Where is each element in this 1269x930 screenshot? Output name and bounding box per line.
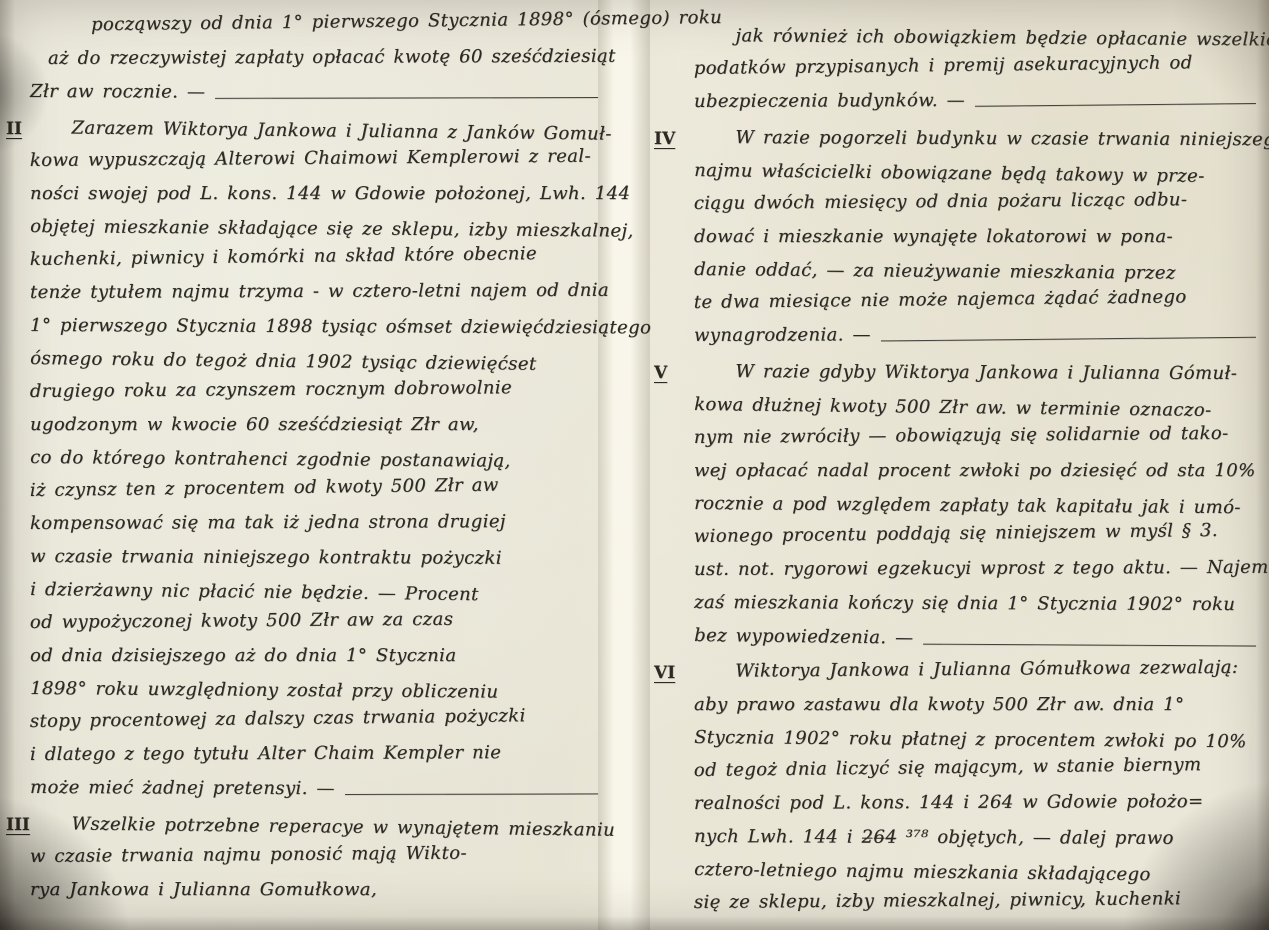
manuscript-line-text: się ze sklepu, izby mieszkalnej, piwnicy… [694,888,1181,913]
manuscript-line-text: od tegoż dnia liczyć się mającym, w stan… [694,754,1202,781]
right-page: jak również ich obowiązkiem będzie opłac… [652,0,1258,930]
manuscript-line-text: kowa wypuszczają Alterowi Chaimowi Kempl… [30,146,591,171]
manuscript-line-text: ust. not. rygorowi egzekucyi wprost z te… [694,557,1269,580]
manuscript-section: IIIWszelkie potrzebne reperacye w wynaję… [14,813,600,912]
manuscript-photo: począwszy od dnia 1° pierwszego Stycznia… [0,0,1269,930]
manuscript-line: począwszy od dnia 1° pierwszego Stycznia… [30,8,600,48]
manuscript-line: od tegoż dnia liczyć się mającym, w stan… [694,754,1258,793]
manuscript-line: wionego procentu poddają się niniejszem … [694,520,1258,559]
manuscript-line-text: iż czynsz ten z procentem od kwoty 500 Z… [30,475,499,501]
manuscript-line-text: w czasie trwania niniejszego kontraktu p… [30,546,502,569]
section-numeral: V [654,363,684,383]
intro-block: począwszy od dnia 1° pierwszego Stycznia… [14,15,600,114]
manuscript-line: Złr aw rocznie. — [30,81,600,116]
manuscript-line: wej opłacać nadal procent zwłoki po dzie… [694,460,1258,493]
manuscript-line-text: wej opłacać nadal procent zwłoki po dzie… [694,460,1256,481]
left-page: począwszy od dnia 1° pierwszego Stycznia… [14,0,600,930]
manuscript-line-text: jak również ich obowiązkiem będzie opłac… [735,25,1269,50]
manuscript-line: rya Jankowa i Julianna Gomułkowa, [30,879,600,912]
manuscript-line: Wiktorya Jankowa i Julianna Gómułkowa ze… [694,657,1258,694]
manuscript-line-text: Wiktorya Jankowa i Julianna Gómułkowa ze… [735,657,1238,682]
manuscript-section: IIZarazem Wiktorya Jankowa i Julianna z … [14,117,600,810]
manuscript-line-text: stopy procentowej za dalszy czas trwania… [30,705,526,732]
manuscript-line: drugiego roku za czynszem rocznym dobrow… [30,377,600,414]
manuscript-line-text: najmu właścicielki obowiązane będą takow… [694,160,1205,187]
manuscript-line: W razie pogorzeli budynku w czasie trwan… [694,127,1258,162]
manuscript-line-text: od wypożyczonej kwoty 500 Złr aw za czas [30,609,454,633]
manuscript-line: może mieć żadnej pretensyi. — [30,777,600,812]
manuscript-line-text: i dlatego z tego tytułu Alter Chaim Kemp… [30,742,501,765]
manuscript-line-text: co do którego kontrahenci zgodnie postan… [30,447,511,472]
manuscript-line-text: Stycznia 1902° roku płatnej z procentem … [694,727,1247,752]
manuscript-line-text: bez wypowiedzenia. — [694,625,914,649]
manuscript-line: kuchenki, piwnicy i komórki na skład któ… [30,242,600,282]
left-page-sections: IIZarazem Wiktorya Jankowa i Julianna z … [14,117,600,912]
right-page-sections: jak również ich obowiązkiem będzie opłac… [652,25,1258,925]
section-lines: Zarazem Wiktorya Jankowa i Julianna z Ja… [14,117,600,810]
manuscript-line-text: kowa dłużnej kwoty 500 Złr aw. w termini… [694,394,1212,421]
section-numeral: IV [654,129,684,149]
manuscript-line-text: realności pod L. kons. 144 i 264 w Gdowi… [694,791,1204,814]
manuscript-line-text: ugodzonym w kwocie 60 sześćdziesiąt Złr … [30,414,479,435]
manuscript-line: tenże tytułem najmu trzyma - w cztero-le… [30,280,600,315]
manuscript-line-text: Wszelkie potrzebne reperacye w wynajętem… [71,813,615,840]
manuscript-line-text: 1° pierwszego Stycznia 1898 tysiąc ośmse… [30,315,651,338]
manuscript-section: jak również ich obowiązkiem będzie opłac… [652,25,1258,124]
section-numeral: VI [654,663,684,683]
manuscript-line: zaś mieszkania kończy się dnia 1° Styczn… [694,592,1258,627]
manuscript-line: ust. not. rygorowi egzekucyi wprost z te… [694,557,1258,592]
manuscript-line-text: wynagrodzenia. — [694,324,871,346]
manuscript-line-text: aby prawo zastawu dla kwoty 500 Złr aw. … [694,694,1184,715]
manuscript-line-text: nym nie zwróciły — obowiązują się solida… [694,423,1229,448]
manuscript-line: i dlatego z tego tytułu Alter Chaim Kemp… [30,742,600,777]
manuscript-line-text: rocznie a pod względem zapłaty tak kapit… [694,493,1241,518]
manuscript-line: nym nie zwróciły — obowiązują się solida… [694,423,1258,460]
manuscript-line: ugodzonym w kwocie 60 sześćdziesiąt Złr … [30,414,600,447]
trailing-rule [881,337,1256,342]
section-lines: Wiktorya Jankowa i Julianna Gómułkowa ze… [652,661,1258,925]
section-lines: W razie pogorzeli budynku w czasie trwan… [652,127,1258,358]
manuscript-line: realności pod L. kons. 144 i 264 w Gdowi… [694,791,1258,826]
manuscript-line-text: nych Lwh. 144 i 2̶6̶4̶ ³⁷⁸ objętych, — d… [694,826,1174,849]
manuscript-line-text: kuchenki, piwnicy i komórki na skład któ… [30,243,537,270]
manuscript-line: W razie gdyby Wiktorya Jankowa i Juliann… [694,361,1258,396]
manuscript-section: IVW razie pogorzeli budynku w czasie trw… [652,127,1258,358]
manuscript-line-text: może mieć żadnej pretensyi. — [30,777,335,799]
manuscript-line-text: od dnia dzisiejszego aż do dnia 1° Stycz… [30,645,456,666]
trailing-rule [215,97,598,99]
section-lines: jak również ich obowiązkiem będzie opłac… [652,25,1258,124]
manuscript-line: podatków przypisanych i premij asekuracy… [694,52,1258,91]
manuscript-line: się ze sklepu, izby mieszkalnej, piwnicy… [694,888,1258,925]
manuscript-line: te dwa miesiące nie może najemca żądać ż… [694,286,1258,325]
manuscript-line-text: aż do rzeczywistej zapłaty opłacać kwotę… [48,46,616,69]
manuscript-line-text: dować i mieszkanie wynajęte lokatorowi w… [694,226,1173,247]
manuscript-line-text: Zarazem Wiktorya Jankowa i Julianna z Ja… [71,117,611,144]
trailing-rule [975,103,1256,107]
manuscript-line-text: W razie pogorzeli budynku w czasie trwan… [735,127,1269,150]
manuscript-line: ności swojej pod L. kons. 144 w Gdowie p… [30,183,600,216]
manuscript-line-text: te dwa miesiące nie może najemca żądać ż… [694,286,1187,313]
manuscript-line-text: zaś mieszkania kończy się dnia 1° Styczn… [694,592,1235,615]
manuscript-line: aż do rzeczywistej zapłaty opłacać kwotę… [30,46,600,81]
section-lines: W razie gdyby Wiktorya Jankowa i Juliann… [652,361,1258,658]
manuscript-line-text: W razie gdyby Wiktorya Jankowa i Juliann… [735,361,1237,384]
manuscript-line-text: ubezpieczenia budynków. — [694,90,965,112]
section-lines: Wszelkie potrzebne reperacye w wynajętem… [14,813,600,912]
manuscript-line: nych Lwh. 144 i 2̶6̶4̶ ³⁷⁸ objętych, — d… [694,826,1258,861]
manuscript-line-text: danie oddać, — za nieużywanie mieszkania… [694,259,1176,284]
manuscript-line-text: ności swojej pod L. kons. 144 w Gdowie p… [30,183,630,204]
manuscript-line: kompensować się ma tak iż jedna strona d… [30,511,600,546]
manuscript-line-text: Złr aw rocznie. — [30,81,205,103]
manuscript-line-text: i dzierżawny nic płacić nie będzie. — Pr… [30,579,479,605]
trailing-rule [345,793,598,795]
manuscript-line-text: kompensować się ma tak iż jedna strona d… [30,511,506,534]
manuscript-line: w czasie trwania niniejszego kontraktu p… [30,546,600,581]
manuscript-section: VIWiktorya Jankowa i Julianna Gómułkowa … [652,661,1258,925]
manuscript-line: kowa wypuszczają Alterowi Chaimowi Kempl… [30,146,600,183]
manuscript-line: wynagrodzenia. — [694,323,1258,358]
manuscript-line: dować i mieszkanie wynajęte lokatorowi w… [694,226,1258,259]
manuscript-line-text: ósmego roku do tegoż dnia 1902 tysiąc dz… [30,348,537,375]
manuscript-line: 1° pierwszego Stycznia 1898 tysiąc ośmse… [30,315,600,350]
manuscript-section: VW razie gdyby Wiktorya Jankowa i Julian… [652,361,1258,658]
manuscript-line-text: tenże tytułem najmu trzyma - w cztero-le… [30,280,609,303]
manuscript-line: ubezpieczenia budynków. — [694,89,1258,124]
manuscript-line: stopy procentowej za dalszy czas trwania… [30,704,600,744]
manuscript-line-text: podatków przypisanych i premij asekuracy… [694,52,1193,79]
manuscript-line: ciągu dwóch miesięcy od dnia pożaru licz… [694,189,1258,226]
manuscript-line-text: cztero-letniego najmu mieszkania składaj… [694,859,1151,885]
manuscript-line: iż czynsz ten z procentem od kwoty 500 Z… [30,473,600,513]
trailing-rule [923,644,1256,647]
manuscript-line: od wypożyczonej kwoty 500 Złr aw za czas [30,608,600,645]
manuscript-line-text: w czasie trwania najmu ponosić mają Wikt… [30,843,467,867]
manuscript-line-text: objętej mieszkanie składające się ze skl… [30,216,634,242]
manuscript-line: od dnia dzisiejszego aż do dnia 1° Stycz… [30,645,600,678]
manuscript-line: w czasie trwania najmu ponosić mają Wikt… [30,842,600,879]
manuscript-line-text: ciągu dwóch miesięcy od dnia pożaru licz… [694,189,1188,214]
manuscript-line-text: 1898° roku uwzględniony został przy obli… [30,678,498,703]
manuscript-line-text: drugiego roku za czynszem rocznym dobrow… [30,377,512,402]
manuscript-line: aby prawo zastawu dla kwoty 500 Złr aw. … [694,694,1258,727]
manuscript-line-text: rya Jankowa i Julianna Gomułkowa, [30,879,377,900]
